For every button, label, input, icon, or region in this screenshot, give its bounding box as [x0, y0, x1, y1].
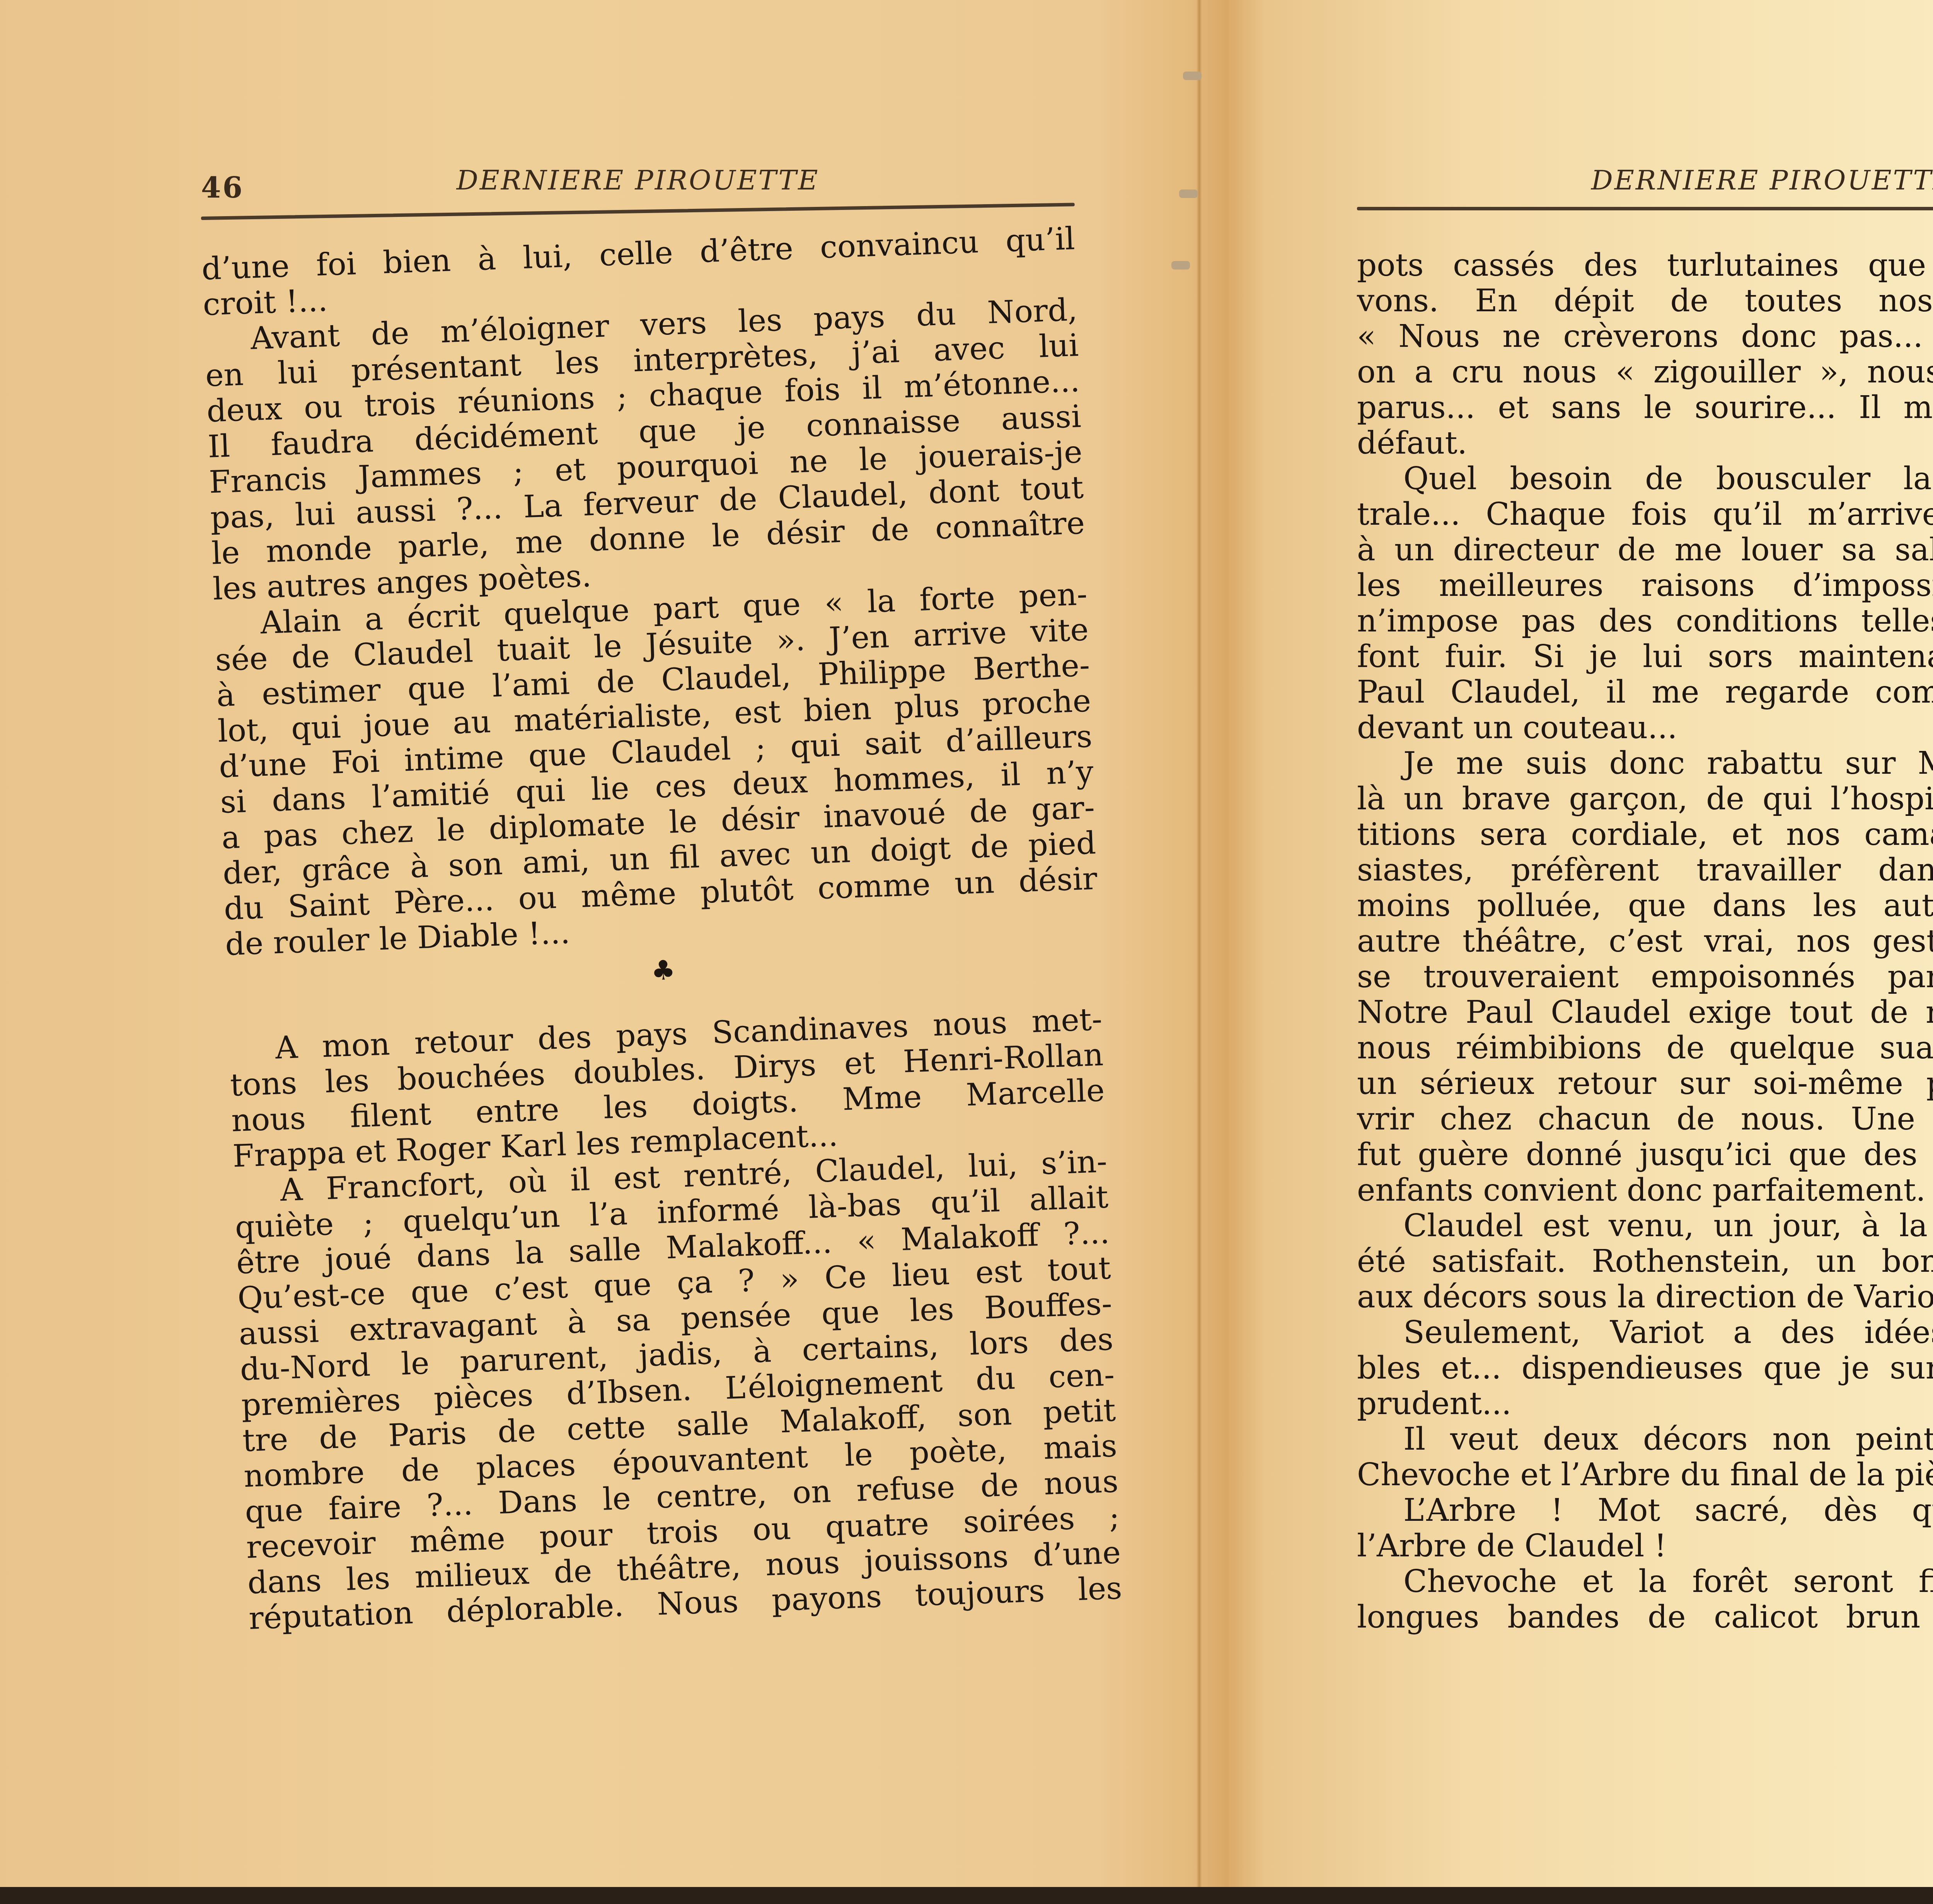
- text-line: bles et... dispendieuses que je surveill…: [1357, 1350, 1933, 1386]
- binding-stitch: [1171, 261, 1190, 270]
- header-rule: [1357, 207, 1933, 210]
- text-line: siastes, préfèrent travailler dans cette…: [1357, 852, 1933, 888]
- text-line: trale... Chaque fois qu’il m’arrive de d…: [1357, 496, 1933, 532]
- text-line: là un brave garçon, de qui l’hospitalité…: [1357, 781, 1933, 817]
- book-gutter: [1197, 0, 1202, 1887]
- text-line: devant un couteau...: [1357, 710, 1933, 746]
- text-line: prudent...: [1357, 1386, 1933, 1421]
- text-line: vons. En dépit de toutes nos mésaventure…: [1357, 283, 1933, 319]
- text-line: été satisfait. Rothenstein, un bon ami, …: [1357, 1244, 1933, 1279]
- text-line: l’Arbre de Claudel !: [1357, 1528, 1933, 1564]
- page-body: d’une foi bien à lui, celle d’être conva…: [201, 221, 1123, 1636]
- text-line: Paul Claudel, il me regarde comme un can…: [1357, 674, 1933, 710]
- text-line: titions sera cordiale, et nos camarades,…: [1357, 817, 1933, 852]
- text-line: les meilleures raisons d’impossibilité l…: [1357, 568, 1933, 603]
- text-line: font fuir. Si je lui sors maintenant le …: [1357, 639, 1933, 674]
- text-line: longues bandes de calicot brun fumée, dé…: [1357, 1599, 1933, 1635]
- text-line: à un directeur de me louer sa salle, il …: [1357, 532, 1933, 568]
- text-line: Chevoche et la forêt seront figurées par…: [1357, 1564, 1933, 1599]
- running-title: DERNIERE PIROUETTE: [1357, 164, 1933, 196]
- text-line: aux décors sous la direction de Variot.: [1357, 1279, 1933, 1315]
- text-line: nous réimbibions de quelque suavité, et …: [1357, 1030, 1933, 1066]
- running-title: DERNIERE PIROUETTE: [201, 164, 1075, 196]
- text-line: se trouveraient empoisonnés par l’atmosp…: [1357, 959, 1933, 995]
- text-line: Il veut deux décors non peints. La forêt…: [1357, 1421, 1933, 1457]
- text-line: un sérieux retour sur soi-même pour en d…: [1357, 1066, 1933, 1101]
- binding-stitch: [1179, 189, 1198, 198]
- text-line: fut guère donné jusqu’ici que des specta…: [1357, 1137, 1933, 1172]
- text-line: L’Arbre ! Mot sacré, dès qu’on parle de: [1357, 1493, 1933, 1528]
- binding-stitch: [1183, 72, 1202, 80]
- page-body: pots cassés des turlutaines que nous pou…: [1357, 247, 1933, 1635]
- text-line: n’impose pas des conditions telles qu’el…: [1357, 603, 1933, 639]
- text-line: parus... et sans le sourire... Il m’a to…: [1357, 390, 1933, 425]
- text-line: autre théâtre, c’est vrai, nos gestes, n…: [1357, 923, 1933, 959]
- text-line: pots cassés des turlutaines que nous pou…: [1357, 247, 1933, 283]
- text-line: Je me suis donc rabattu sur Malakoff. Il…: [1357, 746, 1933, 781]
- running-head: DERNIERE PIROUETTE 47: [1357, 164, 1933, 195]
- text-line: défaut.: [1357, 425, 1933, 461]
- running-head: 46 DERNIERE PIROUETTE: [201, 164, 1075, 195]
- text-line: moins polluée, que dans les autres. Dans…: [1357, 888, 1933, 923]
- text-line: Seulement, Variot a des idées invraisemb…: [1357, 1315, 1933, 1350]
- text-line: on a cru nous « zigouiller », nous somme…: [1357, 354, 1933, 390]
- text-line: Chevoche et l’Arbre du final de la pièce…: [1357, 1457, 1933, 1493]
- book-spread: 46 DERNIERE PIROUETTE d’une foi bien à l…: [0, 0, 1933, 1887]
- text-line: Notre Paul Claudel exige tout de même qu…: [1357, 995, 1933, 1030]
- bottom-edge: [0, 1887, 1933, 1904]
- text-line: « Nous ne crèverons donc pas... ? » Ving…: [1357, 319, 1933, 354]
- header-rule: [201, 203, 1075, 220]
- text-line: Claudel est venu, un jour, à la répétiti…: [1357, 1208, 1933, 1244]
- text-line: Quel besoin de bousculer la cuisine théâ…: [1357, 461, 1933, 496]
- text-line: vrir chez chacun de nous. Une salle où i…: [1357, 1101, 1933, 1137]
- text-line: enfants convient donc parfaitement.: [1357, 1172, 1933, 1208]
